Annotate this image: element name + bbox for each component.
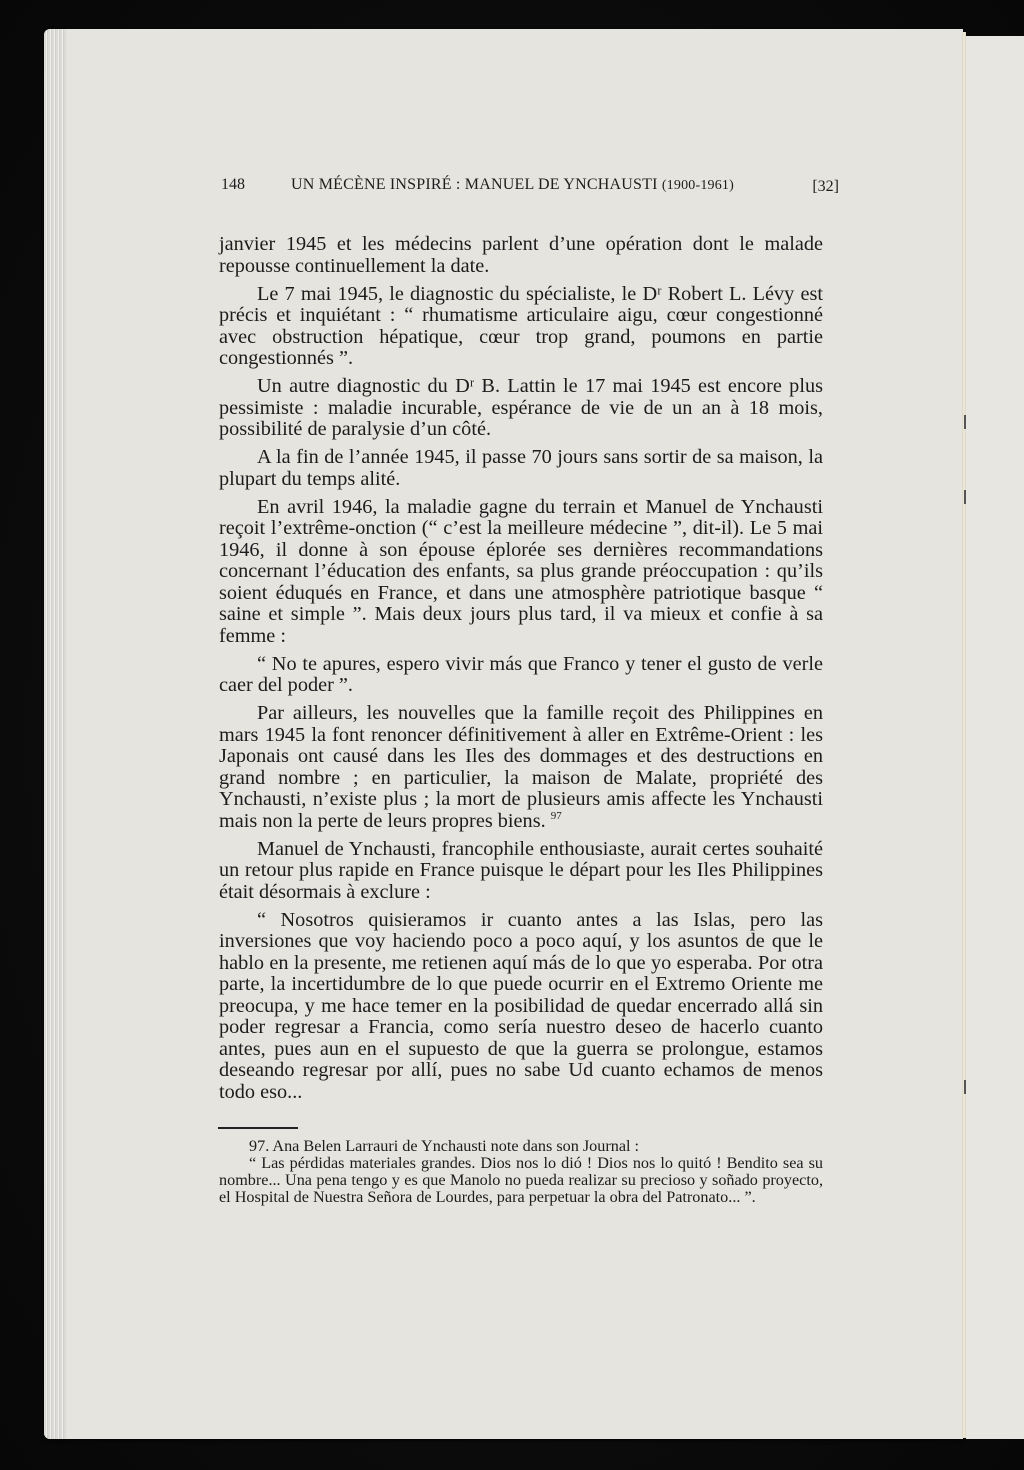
quote-paragraph: “ No te apures, espero vivir más que Fra…: [219, 654, 823, 697]
paragraph: Manuel de Ynchausti, francophile enthous…: [219, 839, 823, 904]
running-title-text: UN MÉCÈNE INSPIRÉ : MANUEL DE YNCHAUSTI: [291, 176, 658, 193]
paragraph: En avril 1946, la maladie gagne du terra…: [219, 497, 823, 648]
gutter-mark: [964, 1080, 966, 1094]
footnote-intro: Ana Belen Larrauri de Ynchausti note dan…: [272, 1137, 639, 1155]
footnote-quote: “ Las pérdidas materiales grandes. Dios …: [219, 1155, 823, 1206]
running-head: 148 UN MÉCÈNE INSPIRÉ : MANUEL DE YNCHAU…: [221, 176, 839, 198]
paragraph: Par ailleurs, les nouvelles que la famil…: [219, 703, 823, 832]
footnote-number: 97.: [249, 1137, 269, 1155]
body-text: janvier 1945 et les médecins parlent d’u…: [219, 234, 823, 1110]
running-title: UN MÉCÈNE INSPIRÉ : MANUEL DE YNCHAUSTI …: [291, 176, 734, 194]
paragraph: Le 7 mai 1945, le diagnostic du spéciali…: [219, 284, 823, 370]
footnote-97: 97. Ana Belen Larrauri de Ynchausti note…: [219, 1138, 823, 1155]
gutter-mark: [964, 490, 966, 504]
footnote-reference[interactable]: 97: [551, 810, 562, 822]
quote-paragraph: “ Nosotros quisieramos ir cuanto antes a…: [219, 910, 823, 1104]
paragraph: janvier 1945 et les médecins parlent d’u…: [219, 234, 823, 277]
page-edge-stack: [44, 29, 66, 1439]
running-title-years: (1900-1961): [662, 178, 734, 193]
page-number: 148: [221, 176, 245, 194]
gutter-mark: [964, 415, 966, 429]
footnotes: 97. Ana Belen Larrauri de Ynchausti note…: [219, 1138, 823, 1206]
section-number: [32]: [812, 178, 839, 196]
paragraph: A la fin de l’année 1945, il passe 70 jo…: [219, 447, 823, 490]
footnote-divider: [218, 1127, 298, 1129]
book-page-right: [966, 36, 1024, 1439]
paragraph-text: Par ailleurs, les nouvelles que la famil…: [219, 702, 823, 832]
paragraph: Un autre diagnostic du Dʳ B. Lattin le 1…: [219, 376, 823, 441]
